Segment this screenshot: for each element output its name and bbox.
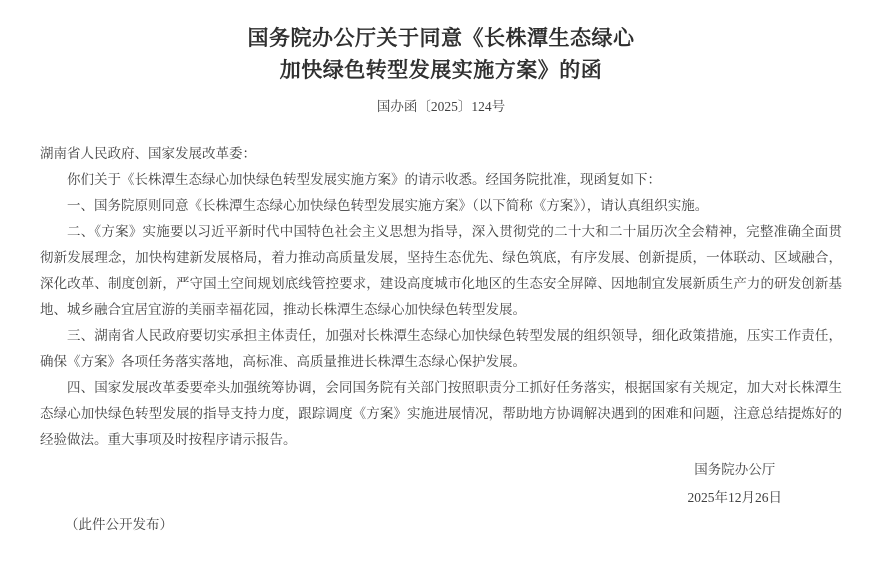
document-page: 国务院办公厅关于同意《长株潭生态绿心 加快绿色转型发展实施方案》的函 国办函〔2… [0,0,880,562]
salutation: 湖南省人民政府、国家发展改革委： [40,141,842,167]
signature-block: 国务院办公厅 2025年12月26日 [40,456,842,512]
document-number: 国办函〔2025〕124号 [40,95,842,115]
title-line-2: 加快绿色转型发展实施方案》的函 [40,54,842,86]
title-line-1: 国务院办公厅关于同意《长株潭生态绿心 [40,22,842,54]
document-title: 国务院办公厅关于同意《长株潭生态绿心 加快绿色转型发展实施方案》的函 [40,22,842,86]
paragraph-item-1: 一、国务院原则同意《长株潭生态绿心加快绿色转型发展实施方案》（以下简称《方案》）… [40,193,842,219]
paragraph-intro: 你们关于《长株潭生态绿心加快绿色转型发展实施方案》的请示收悉。经国务院批准，现函… [40,167,842,193]
signature-date: 2025年12月26日 [688,484,783,512]
publication-note: （此件公开发布） [40,512,842,538]
paragraph-item-4: 四、国家发展改革委要牵头加强统筹协调，会同国务院有关部门按照职责分工抓好任务落实… [40,375,842,453]
document-body: 湖南省人民政府、国家发展改革委： 你们关于《长株潭生态绿心加快绿色转型发展实施方… [40,141,842,538]
signature-organization: 国务院办公厅 [688,456,783,484]
signature-inner: 国务院办公厅 2025年12月26日 [688,456,783,512]
paragraph-item-2: 二、《方案》实施要以习近平新时代中国特色社会主义思想为指导，深入贯彻党的二十大和… [40,219,842,323]
paragraph-item-3: 三、湖南省人民政府要切实承担主体责任，加强对长株潭生态绿心加快绿色转型发展的组织… [40,323,842,375]
